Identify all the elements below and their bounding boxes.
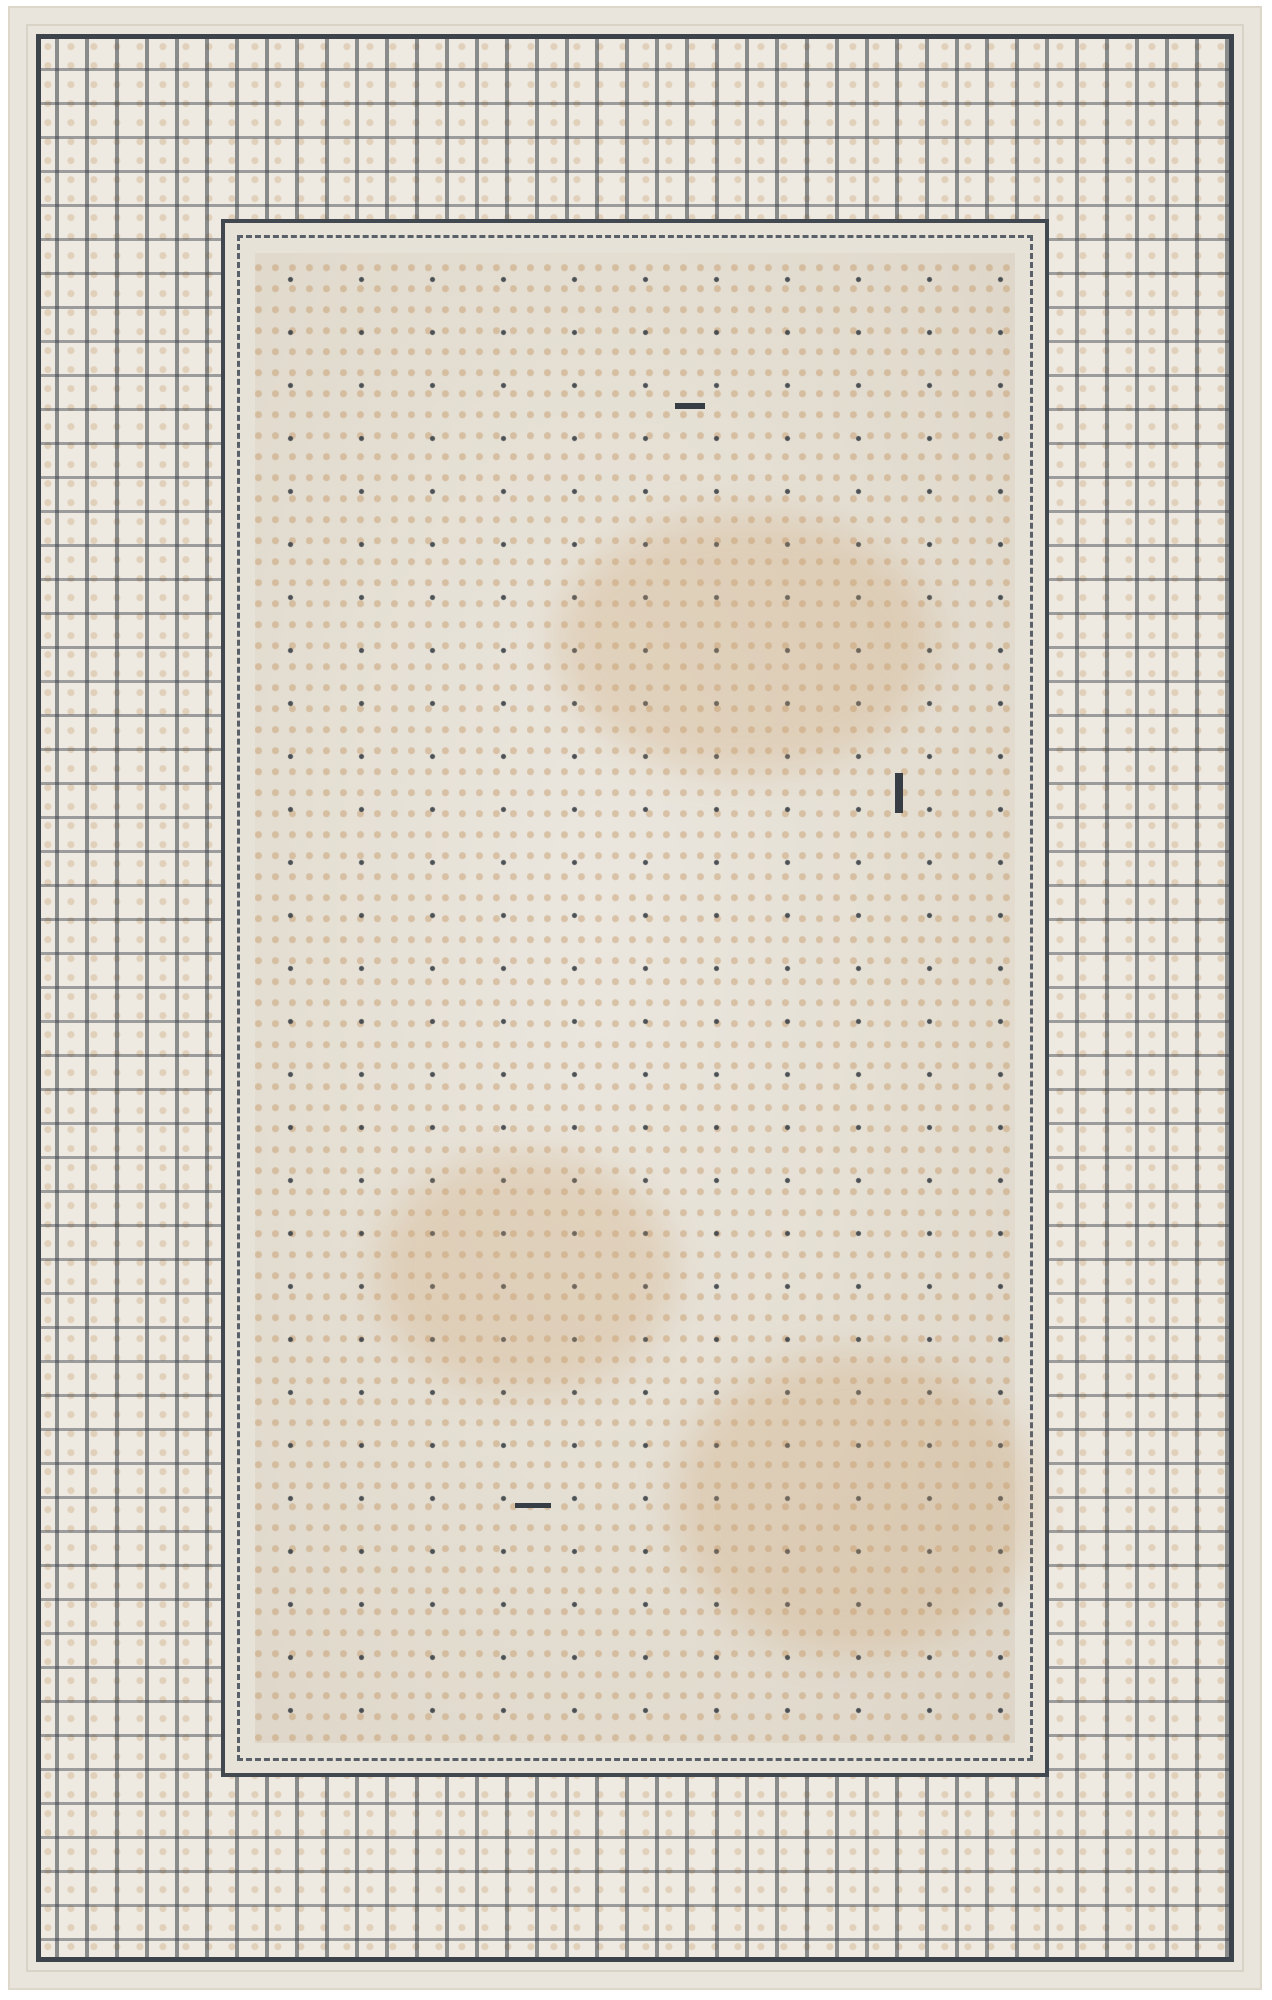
tan-mottling xyxy=(675,1353,1035,1653)
dark-motif xyxy=(895,773,903,813)
rug-inner-border xyxy=(221,219,1049,1777)
dark-motif xyxy=(515,1503,551,1508)
product-photo xyxy=(0,0,1272,2000)
rug xyxy=(8,6,1262,1990)
tan-mottling xyxy=(555,513,935,773)
rug-field xyxy=(255,253,1015,1743)
tan-mottling xyxy=(375,1153,675,1393)
dark-motif xyxy=(675,403,705,409)
rug-outer-border xyxy=(36,34,1234,1962)
